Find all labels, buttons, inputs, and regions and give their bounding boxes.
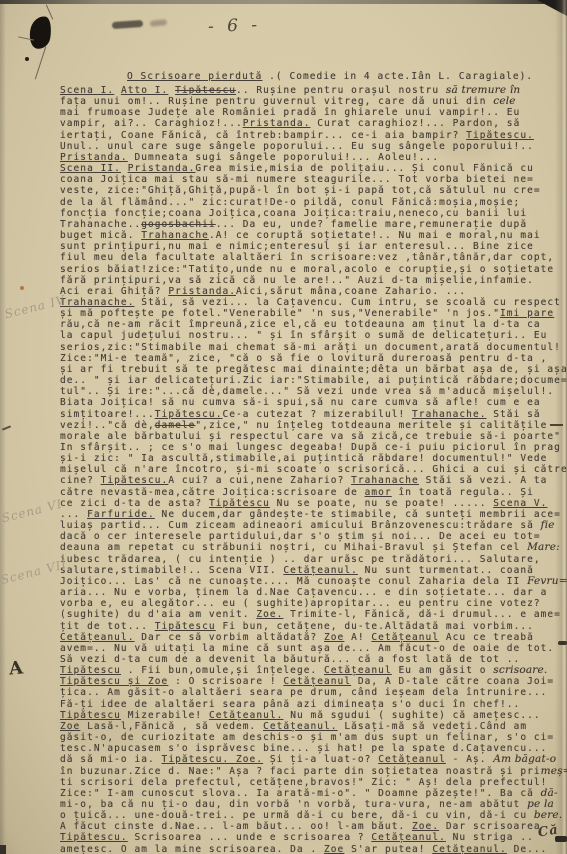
typed-text-segment: iubesc trădarea, ( cu intenție ) .. dar … — [60, 554, 541, 565]
text-line: salutare,stimabile!.. Scena VII. Cetățea… — [60, 565, 566, 576]
typed-text-segment: gogosbachii — [141, 219, 215, 230]
typed-text-segment: mișelul că n'are încotro, și-mi scoate o… — [60, 464, 567, 475]
text-line: și-i zic: " Ia ascultă,stimabile,ai puți… — [60, 453, 566, 464]
scan-edge-top — [0, 0, 567, 4]
typed-text-segment: Zoe — [324, 844, 344, 854]
typed-text-segment: fiul meu dela facultate alaltăeri în scr… — [60, 252, 554, 263]
text-line: luiaș partid... Cum ziceam adineaori ami… — [60, 520, 566, 531]
typed-text-segment: Pristanda. — [243, 118, 311, 129]
typed-text-segment: de la ăl flămând..." zic:curat!De-o pild… — [60, 197, 520, 208]
typed-text-segment: Să vezi d-ta cum de a devenit la băutură… — [60, 654, 520, 665]
typed-text-segment: Fă-ți idee de alaltăeri seara până azi d… — [60, 699, 520, 710]
typed-text-segment: fără prințipuri,va să zică că nu le are!… — [60, 275, 534, 286]
typed-text-segment: Stăi să vezi. A ta — [419, 475, 548, 486]
text-line: dacă o cer interesele partidului,dar s'o… — [60, 531, 566, 542]
typed-text-segment: Tipătescu. — [60, 832, 128, 843]
typed-text-segment: morale ale bărbatului și respectul care … — [60, 431, 561, 442]
margin-note-scena-vii: Scena VII — [0, 557, 69, 587]
text-line: Tipătescu și Zoe : O scrisoare ! Cetățea… — [60, 676, 566, 687]
typed-text-segment: ce zici d-ta de asta? — [60, 498, 209, 509]
typed-text-segment: Fi bun, cetățene, du-te.Altădată mai vor… — [216, 621, 534, 632]
typed-text-segment: Stăi, să vezi... la Cațavencu. Cum intru… — [134, 297, 560, 308]
typed-text-segment: A făcut cinste d.Nae... l-am băut... oo!… — [60, 821, 412, 832]
typed-text-segment: Stăi să — [487, 409, 541, 420]
typed-text-segment: Cetățeanul — [283, 676, 351, 687]
typed-text-segment: Zoe — [324, 632, 344, 643]
typed-text-segment: A! — [344, 632, 371, 643]
typed-text-segment: Grea misie,misia de polițaiu... Și conul… — [195, 163, 533, 174]
text-line: tesc.N'apucasem s'o isprăvesc bine... și… — [60, 743, 566, 754]
typed-text-segment: și ar fi trebuit să te pregătesc mai din… — [60, 364, 567, 375]
text-line: A făcut cinste d.Nae... l-am băut... oo!… — [60, 821, 566, 832]
typed-text-segment: : O scrisoare ! — [168, 676, 283, 687]
typed-text-segment: Acu ce treabă — [439, 632, 534, 643]
text-line: Fă-ți idee de alaltăeri seara până azi d… — [60, 699, 566, 710]
text-line: Tipătescu. Scrisoarea ... unde e scrisoa… — [60, 832, 566, 843]
typed-text-segment: Pristanda. — [128, 163, 196, 174]
text-line: Trahanache..gogosbachii... Da eu, unde? … — [60, 219, 566, 230]
page-number: - 6 - — [208, 15, 262, 37]
typed-text-segment: In sfârșit.. ; ce s'o mai lungesc degeab… — [60, 442, 561, 453]
typed-text-segment: rău,că ne-am răcit împreună,zice el,că e… — [60, 319, 541, 330]
typed-text-segment: serios băiat!zice:"Tatițo,unde nu e mora… — [60, 264, 554, 275]
typed-text-segment: Nu se poate, nu se poate! ..... — [270, 498, 493, 509]
typed-text-segment: .. Rușine pentru orașul nostru — [236, 85, 446, 96]
text-line: Biata Joițica! să nu cumva să-i spui,să … — [60, 397, 566, 408]
text-line: vorba e, eu alegător... eu ( sughite)apr… — [60, 598, 566, 609]
typed-text-segment: ti scrisori dela prefectul, cetățene,bra… — [60, 777, 547, 788]
typed-text-segment: serios,zic:"Stimabile mai chemat să-mi a… — [60, 342, 561, 353]
handwritten-correction: bere. — [534, 809, 563, 821]
typed-text-segment: tesc.N'apucasem s'o isprăvesc bine... și… — [60, 743, 547, 754]
typed-text-segment: Imi pare — [500, 308, 554, 319]
text-line: iubesc trădarea, ( cu intenție ) .. dar … — [60, 554, 566, 565]
edge-mark — [555, 836, 567, 842]
text-line: Unul.. unul care suge sângele poporului.… — [60, 141, 566, 152]
text-line: avem=.. Nu vă uitați la mine că sunt așa… — [60, 643, 566, 654]
document-scan: - 6 - O Scrisoare pierdută .( Comedie in… — [0, 0, 567, 854]
ink-blot-dot — [25, 57, 29, 61]
typed-text-segment: vezi!.."că dè, — [60, 420, 155, 431]
typed-text-segment: .A! ce coruptă soțietate!.. Nu mai e mor… — [209, 230, 541, 241]
typed-text-segment: avem=.. Nu vă uitați la mine că sunt așa… — [60, 643, 554, 654]
typed-text-segment: amor — [365, 487, 392, 498]
typed-text-segment: sunt prințipuri,nu mai e nimic;enteresul… — [60, 241, 534, 252]
typed-text-segment: către nevastă-mea,către Joițica:scrisoar… — [60, 487, 365, 498]
typed-text-segment: Zice:" I-am cunoscut slova.. Ia arată-mi… — [60, 788, 541, 799]
typed-text-segment: Unul.. unul care suge sângele poporului.… — [60, 141, 534, 152]
typed-text-segment: la capul județului nostru... " și în sfâ… — [60, 330, 547, 341]
typed-text-segment: Ce-a cutezat ? mizerabilul! — [222, 409, 412, 420]
text-line: și ar fi trebuit să te pregătesc mai din… — [60, 364, 566, 375]
typed-text-segment: Scena I. — [60, 85, 114, 96]
typed-text-segment: de.. " și iar delicatețuri.Zic iar:"Stim… — [60, 375, 567, 386]
typed-text-segment: Ne ducem,dar gândește-te stimabile, că s… — [155, 509, 561, 520]
typed-text-segment: - Aș. — [446, 754, 493, 765]
typed-text-segment: buget mică. — [60, 230, 141, 241]
text-line: țit de tot... Tipătescu Fi bun, cetățene… — [60, 621, 566, 632]
text-line: țica.. Am găsit-o alaltăeri seara pe dru… — [60, 687, 566, 698]
typed-text-segment: o țuică... une-două-trei.. pe urmă dă-i … — [60, 810, 534, 821]
typed-text-segment: De... — [507, 844, 548, 854]
typed-text-segment: găsit-o, de curiozitate am deschis-o și … — [60, 732, 554, 743]
typed-text-segment: veste, zice:"Ghiță,Ghiță,pupă-l în bot ș… — [60, 185, 541, 196]
margin-note-scena-iv: Scena IV — [3, 293, 67, 322]
typed-text-segment: Trahanache.. — [60, 219, 141, 230]
typed-text-segment: țica.. Am găsit-o alaltăeri seara pe dru… — [60, 687, 547, 698]
typed-text-segment: și-i zic: " Ia ascultă,stimabile,ai puți… — [60, 453, 547, 464]
text-line: mișelul că n'are încotro, și-mi scoate o… — [60, 464, 566, 475]
text-line: (sughite) du d'aia am venit. Zoe. Trimit… — [60, 609, 566, 620]
typed-text-segment: Și ți-a luat-o? — [263, 754, 378, 765]
text-line: aria... Nu e vorba, ținem la d.Nae Cațav… — [60, 587, 566, 598]
typed-text-segment: damele — [155, 420, 196, 431]
text-line: tul".. Și ire:"...că dè,damele..." Să ve… — [60, 386, 566, 397]
typed-text-segment: Zoe. — [412, 821, 439, 832]
typed-text-segment: . Fii bun,omule,și înțelege. — [121, 665, 324, 676]
typed-text-segment: mi-o, ba că nu ți-o dau, din vorbă 'n vo… — [60, 799, 527, 810]
typed-text-segment: O Scrisoare pierdută — [127, 71, 262, 82]
typewritten-text: Scena I. Atto I. Tipătescu.. Rușine pent… — [60, 85, 566, 854]
typed-text-segment: Trahanache — [141, 230, 209, 241]
typed-text-segment: Trahanache. — [412, 409, 486, 420]
typed-text-segment: S'ar putea! — [344, 844, 432, 854]
text-line: cine? Tipătescu.A cui? a cui,nene Zahari… — [60, 475, 566, 486]
typed-text-segment: ... Da eu, unde? famelie mare,remunerați… — [216, 219, 527, 230]
text-line: buget mică. Trahanache.A! ce coruptă soț… — [60, 230, 566, 241]
typed-text-segment: Tipătescu și Zoe — [60, 676, 168, 687]
text-line: In sfârșit.. ; ce s'o mai lungesc degeab… — [60, 442, 566, 453]
typed-text-segment: foncția foncție;coana Joițica,coana Joiț… — [60, 208, 527, 219]
typed-text-segment: Trimite-l, Fănică, dă-i drumul... e ame= — [283, 609, 561, 620]
handwritten-correction: cele — [493, 95, 515, 107]
text-line: amețesc. O am la mine scrisoarea. Da . Z… — [60, 844, 566, 854]
typed-text-segment: Cetățeanul — [378, 754, 446, 765]
handwritten-correction: scrisoare. — [493, 664, 547, 676]
typed-text-segment: Dar ce să vorbim altădată? — [134, 632, 324, 643]
typed-text-segment: ... — [60, 509, 87, 520]
typed-text-segment: Tipătescu. — [101, 475, 169, 486]
handwritten-correction: meș= — [541, 765, 567, 777]
typed-text-segment: Scena V. — [493, 498, 547, 509]
ink-smudge — [112, 20, 143, 29]
text-line: fiul meu dela facultate alaltăeri în scr… — [60, 252, 566, 263]
typed-text-segment: Dumneata sugi sângele poporului!... Aole… — [128, 152, 439, 163]
typed-text-segment: Cetățeanul. — [263, 721, 337, 732]
typed-text-segment: Cetățeanul — [324, 665, 392, 676]
typed-text-segment: Nu sunt turmentat.. coană — [358, 565, 534, 576]
text-line: serios,zic:"Stimabile mai chemat să-mi a… — [60, 342, 566, 353]
text-line: Joițico... Las' că ne cunoaște.... Mă cu… — [60, 576, 566, 587]
typed-text-segment: Eu am găsit o — [392, 665, 494, 676]
paper-crack — [35, 47, 46, 80]
text-line: Cetățeanul. Dar ce să vorbim altădată? Z… — [60, 632, 566, 643]
typed-text-segment: Trahanache — [351, 475, 419, 486]
margin-dot — [20, 286, 24, 290]
typed-text-segment: iertați, Coane Fănică, că întreb:bampir.… — [60, 130, 466, 141]
typed-text-segment: A cui? a cui,nene Zahario? — [168, 475, 351, 486]
typed-text-segment: Zice:"Mi-e teamă", zice, "că o să fie o … — [60, 353, 547, 364]
typed-text-segment: în toată regula.. Și — [392, 487, 534, 498]
text-line: iertați, Coane Fănică, că întreb:bampir.… — [60, 130, 566, 141]
text-line: fața unui om!.. Rușine pentru guvernul v… — [60, 96, 566, 107]
typed-text-segment: Pristanda. — [168, 286, 236, 297]
typed-text-segment: Trahanache. — [60, 297, 134, 308]
typed-text-segment: luiaș partid... Cum ziceam adineaori ami… — [60, 520, 541, 531]
typed-text-segment: Tipătescu. — [466, 130, 534, 141]
typed-text-segment: coana Joițica mai stau să-mi numere stea… — [60, 174, 534, 185]
text-line: Zoe Lasă-l,Fănică , să vedem. Cetățeanul… — [60, 721, 566, 732]
typed-text-segment: Lăsați-mă să vedeți.Când am — [338, 721, 528, 732]
edge-mark — [558, 641, 567, 645]
typed-text-segment: Nu mă sgudui ( sughite) că amețesc... — [283, 710, 540, 721]
text-line: ti scrisori dela prefectul, cetățene,bra… — [60, 777, 566, 788]
typed-text-segment: .( Comedie in 4 acte.Iân L. Caragiale). — [262, 71, 533, 82]
typed-text-segment: Tipătescu — [60, 710, 121, 721]
text-line: ... Farfuride. Ne ducem,dar gândește-te … — [60, 509, 566, 520]
typed-text-segment: Mizerabile! — [121, 710, 209, 721]
typed-text-segment: Scrisoarea ... unde e scrisoarea ? — [128, 832, 372, 843]
text-line: de.. " și iar delicatețuri.Zic iar:"Stim… — [60, 375, 566, 386]
text-line: Scena II. Pristanda.Grea misie,misia de … — [60, 163, 566, 174]
text-line: Aci erai Ghiță? Pristanda.Aici,sărut mân… — [60, 286, 566, 297]
typed-text-segment: Tipătescu — [60, 665, 121, 676]
typed-text-segment: fața unui om!.. Rușine pentru guvernul v… — [60, 96, 493, 107]
text-line: în buzunar.Zice d. Nae:" Așa ? faci part… — [60, 766, 566, 777]
typed-text-segment: Biata Joițica! să nu cumva să-i spui,să … — [60, 397, 541, 408]
text-line: o țuică... une-două-trei.. pe urmă dă-i … — [60, 810, 566, 821]
typed-text-segment: Cetățeanul. — [209, 710, 283, 721]
typed-text-segment: Tipătescu. — [155, 409, 223, 420]
typed-text-segment: cine? — [60, 475, 101, 486]
text-line: către nevastă-mea,către Joițica:scrisoar… — [60, 487, 566, 498]
ink-smudge — [150, 19, 168, 27]
text-line: mai frumoase Județe ale României pradă î… — [60, 107, 566, 118]
text-line: coana Joițica mai stau să-mi numere stea… — [60, 174, 566, 185]
typed-text-segment: Curat caraghioz!... Pardon, să — [310, 118, 520, 129]
handwritten-correction: Mare: — [527, 541, 560, 553]
typed-text-segment: Aici,sărut mâna,coane Zahario. ... — [236, 286, 466, 297]
typed-text-segment: Tipătescu — [175, 85, 236, 96]
text-line: Tipătescu Mizerabile! Cetățeanul. Nu mă … — [60, 710, 566, 721]
text-line: Pristanda. Dumneata sugi sângele poporul… — [60, 152, 566, 163]
text-line: rău,că ne-am răcit împreună,zice el,că e… — [60, 319, 566, 330]
margin-note-scena-vi: Scena VI — [0, 497, 64, 526]
typed-text-segment: tul".. Și ire:"...că dè,damele..." Să ve… — [60, 386, 554, 397]
text-line: morale ale bărbatului și respectul care … — [60, 431, 566, 442]
text-line: și mă poftește pe fotel."Venerabile" 'n … — [60, 308, 566, 319]
typed-text-segment: dă să mi-o ia. — [60, 754, 162, 765]
typed-text-segment: Da, A D-tale către coana Joi= — [351, 676, 554, 687]
handwritten-correction: fie — [541, 519, 555, 531]
text-line: deauna am repetat cu străbunii noștri, c… — [60, 542, 566, 553]
typed-text-segment: dacă o cer interesele partidului,dar s'o… — [60, 531, 541, 542]
text-line: Tipătescu . Fii bun,omule,și înțelege. C… — [60, 665, 566, 676]
typed-text-segment: vorba e, eu alegător... eu ( sughite)apr… — [60, 598, 541, 609]
text-line: găsit-o, de curiozitate am deschis-o și … — [60, 732, 566, 743]
ink-blot — [28, 15, 54, 51]
typed-title: O Scrisoare pierdută .( Comedie in 4 act… — [127, 71, 533, 82]
text-line: la capul județului nostru... " și în sfâ… — [60, 330, 566, 341]
text-line: Zice:"Mi-e teamă", zice, "că o să fie o … — [60, 353, 566, 364]
typed-text-segment: Tipătescu — [209, 498, 270, 509]
typed-text-segment: Cetățeanul. — [371, 832, 445, 843]
text-line: sunt prințipuri,nu mai e nimic;enteresul… — [60, 241, 566, 252]
text-line: ce zici d-ta de asta? Tipătescu Nu se po… — [60, 498, 566, 509]
typed-text-segment: Cetățeanul — [371, 632, 439, 643]
text-line: vampir, ai?.. Caraghioz!...Pristanda. Cu… — [60, 118, 566, 129]
typed-text-segment: (sughite) du d'aia am venit. — [60, 609, 256, 620]
typed-text-segment: în buzunar.Zice d. Nae:" Așa ? faci part… — [60, 766, 541, 777]
typed-text-segment: Dar scrisoarea — [439, 821, 541, 832]
margin-note-letter-a: A — [8, 657, 25, 679]
typed-text-segment: Tipătescu — [155, 621, 216, 632]
typed-text-segment: aria... Nu e vorba, ținem la d.Nae Cațav… — [60, 587, 547, 598]
typed-text-segment: Cetățeanul. — [283, 565, 357, 576]
typed-text-segment: Cetățeanul. — [60, 632, 134, 643]
typed-text-segment: Lasă-l,Fănică , să vedem. — [80, 721, 263, 732]
typed-text-segment: Atto I. — [121, 85, 168, 96]
typed-text-segment — [114, 85, 121, 96]
text-line: Trahanache. Stăi, să vezi... la Cațavenc… — [60, 297, 566, 308]
text-line: fără prințipuri,va să zică că nu le are!… — [60, 275, 566, 286]
typed-text-segment: salutare,stimabile!.. Scena VII. — [60, 565, 283, 576]
margin-dash-right — [550, 424, 563, 426]
typed-text-segment: Scena II. — [60, 163, 121, 174]
typed-text-segment: Cetățeanul. — [432, 844, 506, 854]
typed-text-segment: Aci erai Ghiță? — [60, 286, 168, 297]
text-line: foncția foncție;coana Joițica,coana Joiț… — [60, 208, 566, 219]
typed-text-segment: Zoe. — [256, 609, 283, 620]
typed-text-segment: amețesc. O am la mine scrisoarea. Da . — [60, 844, 324, 854]
typed-text-segment: Zoe — [60, 721, 80, 732]
typed-text-segment: Nu striga .. — [446, 832, 534, 843]
typed-text-segment: vampir, ai?.. Caraghioz!... — [60, 118, 243, 129]
typed-text-segment: țit de tot... — [60, 621, 155, 632]
text-line: dă să mi-o ia. Tipătescu. Zoe. Și ți-a l… — [60, 754, 566, 765]
text-line: mi-o, ba că nu ți-o dau, din vorbă 'n vo… — [60, 799, 566, 810]
text-line: Să vezi d-ta cum de a devenit la băutură… — [60, 654, 566, 665]
handwritten-correction: Fevru= — [527, 575, 567, 587]
typed-text-segment: Farfuride. — [87, 509, 155, 520]
text-line: Scena I. Atto I. Tipătescu.. Rușine pent… — [60, 85, 566, 96]
text-line: serios băiat!zice:"Tatițo,unde nu e mora… — [60, 264, 566, 275]
typed-text-segment: ",zice," nu înțeleg totdeauna meritele ș… — [195, 420, 547, 431]
text-line: vezi!.."că dè,damele",zice," nu înțeleg … — [60, 420, 566, 431]
text-line: Zice:" I-am cunoscut slova.. Ia arată-mi… — [60, 788, 566, 799]
text-line: simțitoare!...Tipătescu.Ce-a cutezat ? m… — [60, 409, 566, 420]
typed-text-segment: și mă poftește pe fotel."Venerabile" 'n … — [60, 308, 500, 319]
typed-text-segment: Tipătescu. Zoe. — [162, 754, 264, 765]
text-line: veste, zice:"Ghiță,Ghiță,pupă-l în bot ș… — [60, 185, 566, 196]
typed-text-segment: Joițico... Las' că ne cunoaște.... Mă cu… — [60, 576, 527, 587]
typed-text-segment: Pristanda. — [60, 152, 128, 163]
typed-text-segment — [121, 163, 128, 174]
text-line: de la ăl flămând..." zic:curat!De-o pild… — [60, 197, 566, 208]
edge-mark — [0, 845, 6, 854]
typed-text-segment: mai frumoase Județe ale României pradă î… — [60, 107, 520, 118]
typed-text-segment: deauna am repetat cu străbunii noștri, c… — [60, 542, 527, 553]
typed-text-segment: simțitoare!... — [60, 409, 155, 420]
